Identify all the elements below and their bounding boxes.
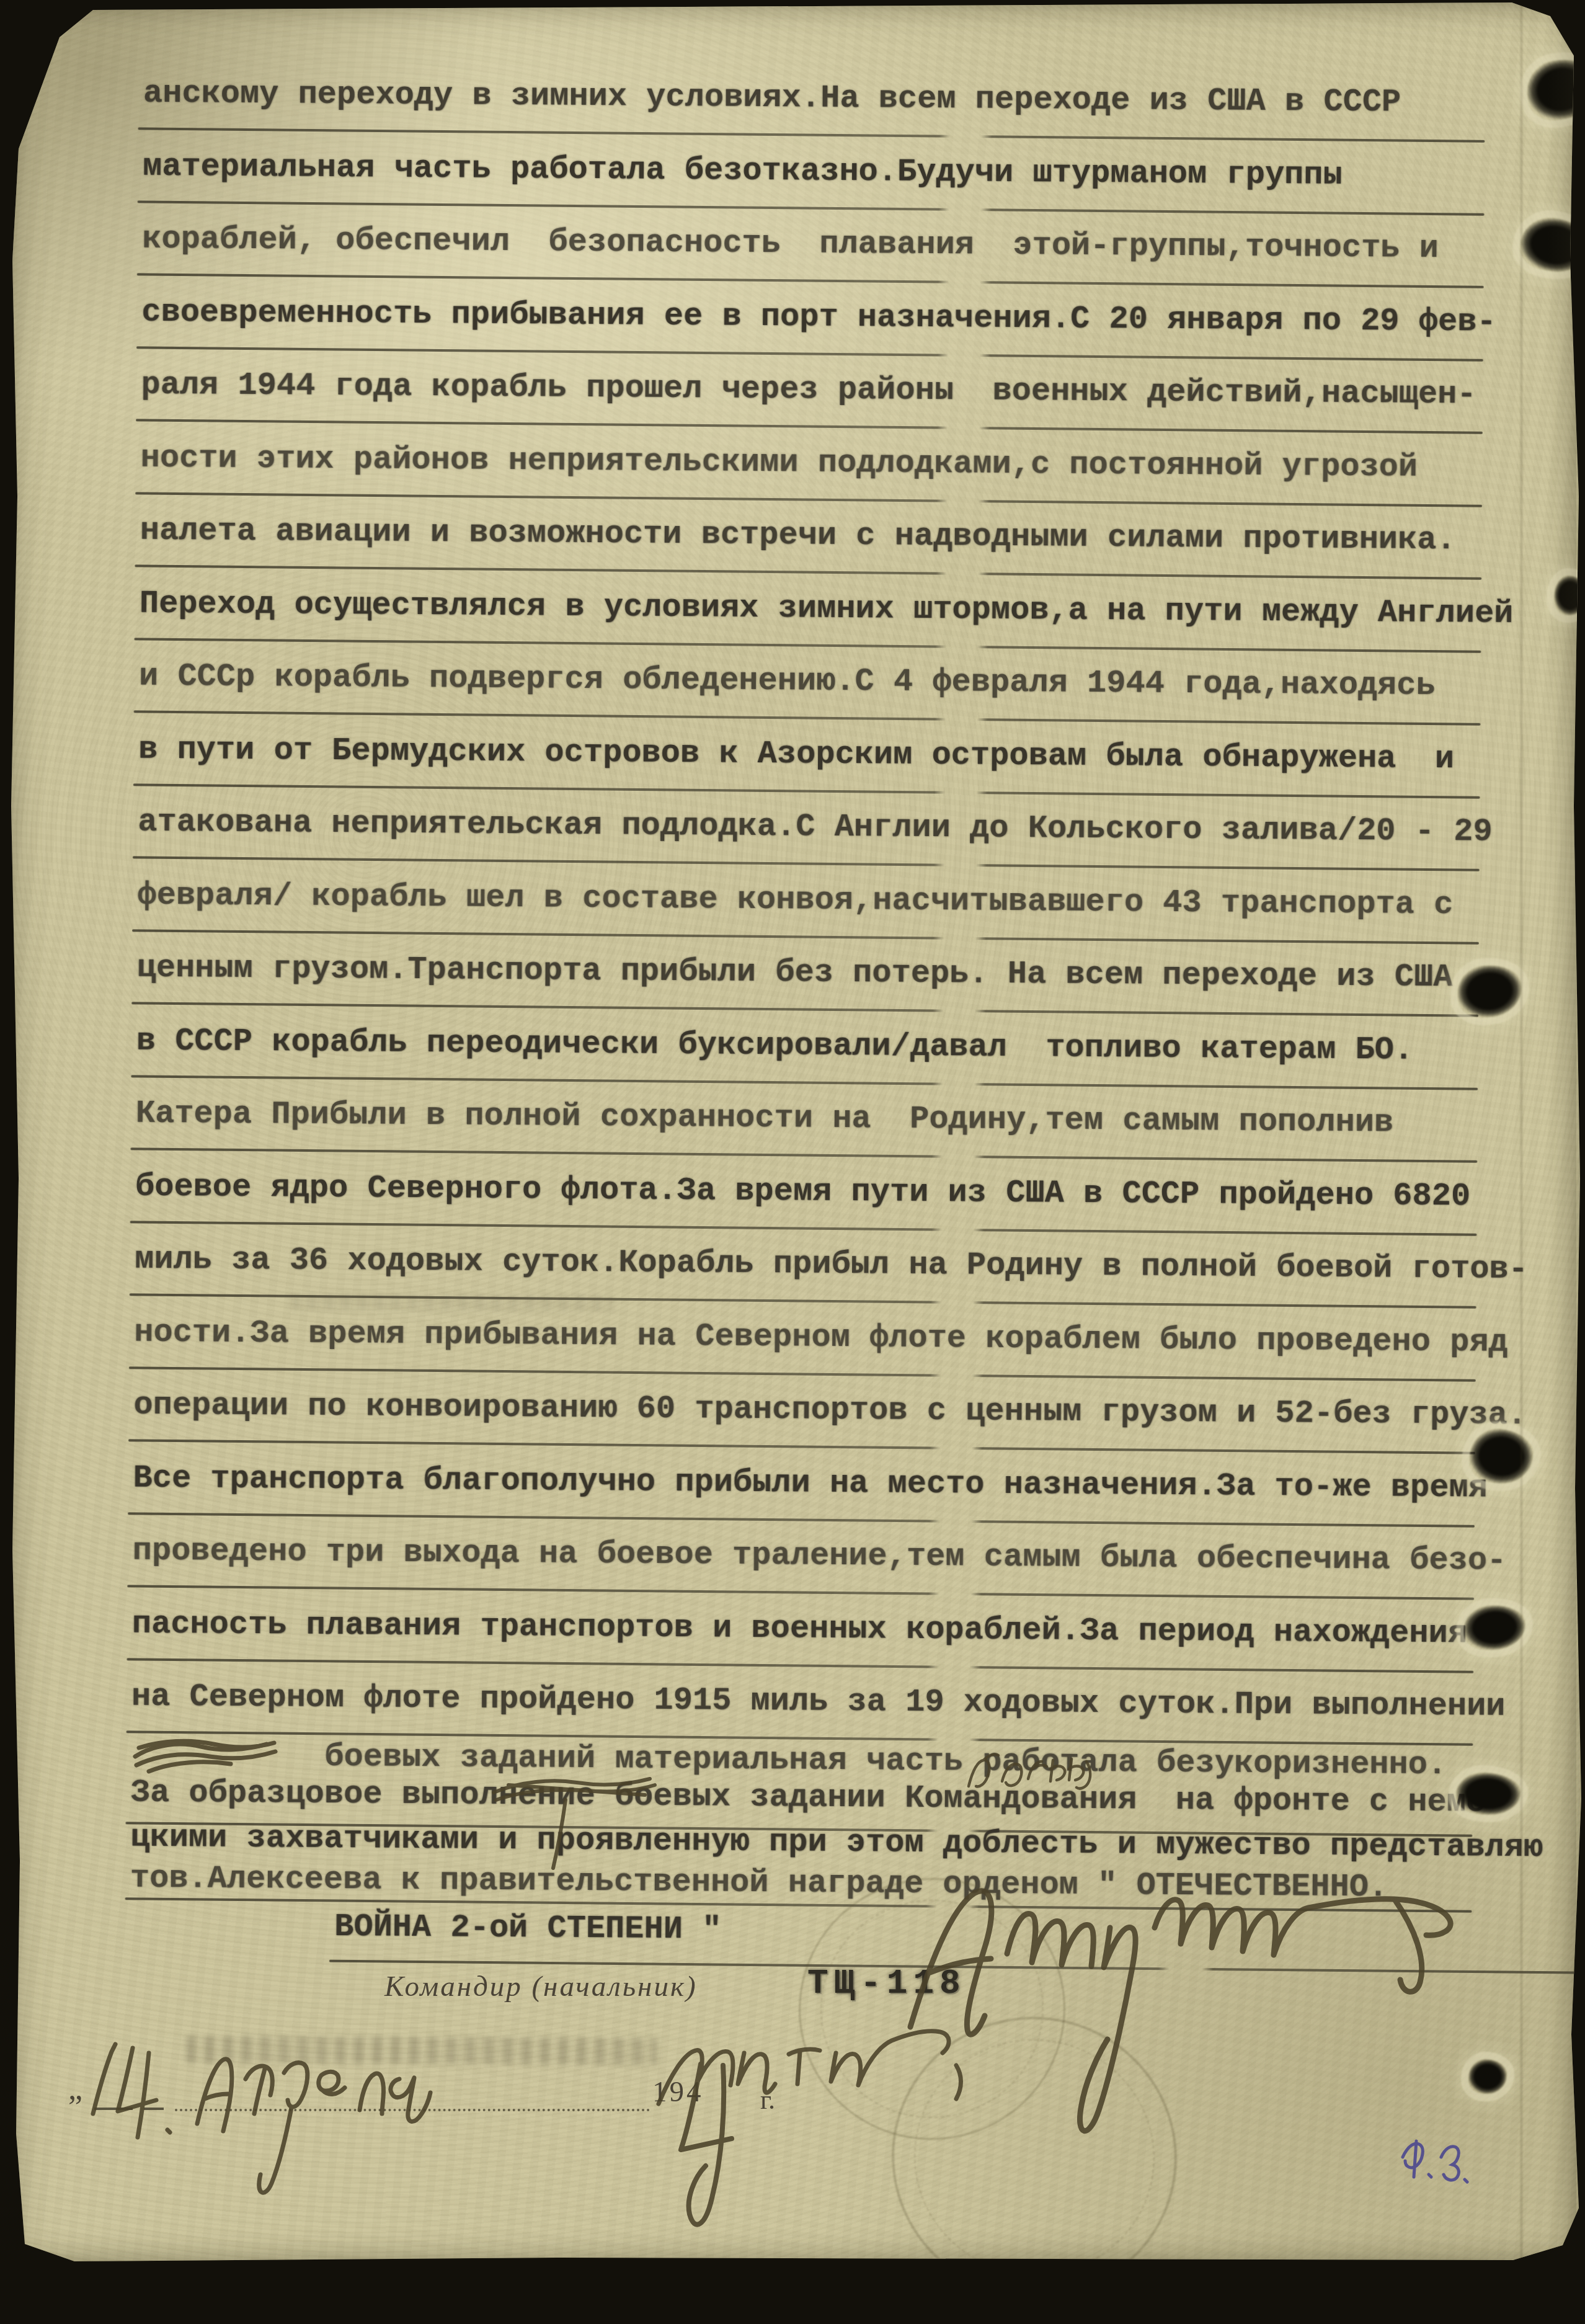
typed-line: миль за 36 ходовых суток.Корабль прибыл … (135, 1242, 1536, 1292)
ruled-line (134, 710, 1481, 725)
date-line-dash (94, 2108, 133, 2110)
typed-line: своевременность прибывания ее в порт наз… (141, 294, 1543, 344)
typed-line-text: Все транспорта благополучно прибыли на м… (133, 1459, 1488, 1506)
typed-line: Катера Прибыли в полной сохранности на Р… (136, 1096, 1537, 1146)
year-suffix: г. (760, 2084, 775, 2116)
typed-line: ности этих районов неприятельскими подло… (140, 440, 1542, 490)
typed-line: тов.Алексеева к правительственной наград… (130, 1861, 1532, 1911)
typed-line-text: своевременность прибывания ее в порт наз… (141, 293, 1496, 340)
typed-line-text: анскому переходу в зимних условиях.На вс… (143, 75, 1401, 121)
scan-background: анскому переходу в зимних условиях.На вс… (0, 0, 1585, 2263)
ruled-line (128, 1439, 1475, 1454)
ruled-line (138, 200, 1485, 215)
date-open-quote: „ (68, 2070, 82, 2107)
paper-edge-shadow (1548, 0, 1576, 2263)
typed-line-text: ВОЙНА 2-ой СТЕПЕНИ " (334, 1908, 722, 1948)
typed-line-text: и СССр корабль подвергся обледенению.С 4… (139, 658, 1436, 704)
ruled-line (129, 1366, 1476, 1381)
typed-line: в пути от Бермудских островов к Азорским… (138, 731, 1540, 781)
ruled-line (130, 1221, 1477, 1235)
typed-line-text: в СССР корабль переодически буксировали/… (136, 1022, 1413, 1068)
typed-line-text: ности.За время прибывания на Северном фл… (134, 1314, 1508, 1360)
ruled-line (136, 419, 1483, 434)
typed-line-text: миль за 36 ходовых суток.Корабль прибыл … (135, 1241, 1528, 1288)
ruled-line (128, 1512, 1475, 1527)
document-page: анскому переходу в зимних условиях.На вс… (0, 0, 1585, 2263)
typed-line: ности.За время прибывания на Северном фл… (134, 1314, 1535, 1365)
ruled-line (136, 346, 1483, 361)
ruled-line (131, 1075, 1478, 1090)
ruled-line (135, 564, 1481, 579)
typed-line: февраля/ корабль шел в составе конвоя,на… (137, 877, 1538, 927)
typed-line: и СССр корабль подвергся обледенению.С 4… (139, 659, 1540, 709)
typed-line-text: цкими захватчиками и проявленную при это… (130, 1819, 1543, 1866)
typed-line-text: пасность плавания транспортов и военных … (132, 1605, 1468, 1652)
ruled-line (130, 1147, 1477, 1162)
date-dotted-leader (175, 2090, 650, 2111)
typed-line-text: налета авиации и возможности встречи с н… (140, 512, 1456, 559)
ruled-line (133, 783, 1480, 798)
paper-crease (1521, 0, 1522, 2263)
year-prefix: 194 (652, 2075, 704, 2109)
typed-line-text: ности этих районов неприятельскими подло… (140, 439, 1418, 485)
ruled-line (135, 492, 1482, 507)
bleedthrough-smudge (291, 1293, 614, 1312)
typed-line: Переход осуществлялся в условиях зимних … (140, 585, 1541, 636)
typed-line-text: операции по конвоированию 60 транспортов… (133, 1387, 1527, 1433)
date-line-dash (144, 2108, 164, 2110)
typed-line: кораблей, обеспечил безопасность плавани… (142, 221, 1543, 272)
typed-line: на Северном флоте пройдено 1915 миль за … (131, 1679, 1533, 1729)
typed-line: операции по конвоированию 60 транспортов… (133, 1387, 1535, 1438)
bleedthrough-smudge (186, 2036, 657, 2065)
typed-line-text: Переход осуществлялся в условиях зимних … (140, 585, 1514, 631)
typed-line: Все транспорта благополучно прибыли на м… (133, 1460, 1534, 1510)
ruled-line (137, 273, 1484, 288)
ruled-line (138, 127, 1485, 142)
typed-line-text: атакована неприятельская подлодка.С Англ… (138, 804, 1493, 850)
typed-line-text: раля 1944 года корабль прошел через райо… (141, 367, 1476, 413)
typed-line-text: материальная часть работала безотказно.Б… (143, 148, 1343, 193)
typed-line: раля 1944 года корабль прошел через райо… (141, 367, 1542, 417)
typed-line: материальная часть работала безотказно.Б… (143, 148, 1544, 198)
typed-line: боевое ядро Северного флота.За время пут… (135, 1169, 1537, 1219)
typed-line: проведено три выхода на боевое траление,… (132, 1533, 1534, 1583)
typed-line-text: кораблей, обеспечил безопасность плавани… (142, 221, 1439, 267)
typed-line-text: проведено три выхода на боевое траление,… (132, 1533, 1506, 1579)
ruled-line (127, 1658, 1473, 1673)
commander-form-label: Командир (начальник) (384, 1970, 698, 2003)
typed-line-text: Катера Прибыли в полной сохранности на Р… (136, 1095, 1394, 1141)
ruled-line (134, 638, 1481, 652)
typed-line: в СССР корабль переодически буксировали/… (136, 1023, 1537, 1073)
ruled-line (133, 856, 1480, 871)
typed-line-text: ценным грузом.Транспорта прибыли без пот… (136, 950, 1452, 996)
typed-line: атакована неприятельская подлодка.С Англ… (138, 804, 1539, 855)
ruled-line (127, 1585, 1474, 1600)
typed-text-block: анскому переходу в зимних условиях.На вс… (0, 0, 1585, 2263)
ruled-line (131, 1002, 1478, 1017)
typed-line: ценным грузом.Транспорта прибыли без пот… (136, 950, 1538, 1000)
typed-line-text: на Северном флоте пройдено 1915 миль за … (131, 1678, 1506, 1725)
typed-line: анскому переходу в зимних условиях.На вс… (143, 76, 1545, 126)
typed-line: налета авиации и возможности встречи с н… (140, 513, 1541, 563)
typed-line-text: боевое ядро Северного флота.За время пут… (135, 1168, 1471, 1214)
typed-line: пасность плавания транспортов и военных … (132, 1606, 1534, 1656)
typed-line-text: в пути от Бермудских островов к Азорским… (138, 731, 1454, 777)
typed-line-text: февраля/ корабль шел в составе конвоя,на… (137, 876, 1453, 923)
ruled-line (132, 929, 1479, 944)
